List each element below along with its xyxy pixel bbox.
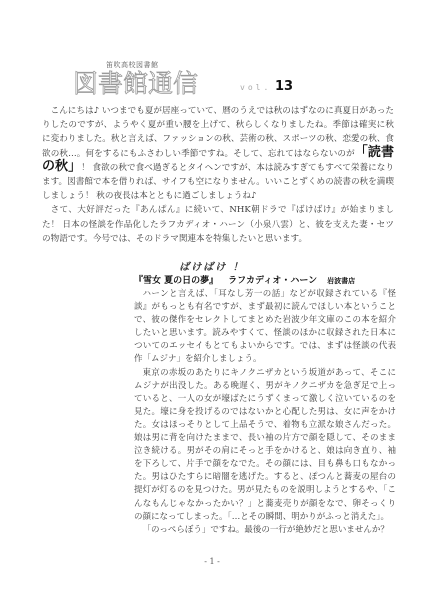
review-paragraph: 東京の赤坂のあたりにキノクニザカという坂道があって、そこにムジナが出没した。ある…	[134, 367, 396, 524]
intro-paragraph-2: さて、大好評だった『あんぱん』に続いて、NHK朝ドラで『ばけばけ』が始まりました…	[42, 203, 394, 246]
review-paragraph: 「のっぺらぼう」ですね。最後の一行が絶妙だと思いませんか？	[134, 524, 396, 537]
book-heading: 『雪女 夏の日の夢』ラフカディオ・ハーン岩波書店	[134, 273, 355, 286]
intro-section: こんにちは♪ いつまでも夏が居座っていて、暦のうえでは秋のはずなのに真夏日があっ…	[42, 104, 394, 246]
review-paragraph: ハーンと言えば、「耳なし芳一の話」などが収録されている『怪談』がもっとも有名です…	[134, 288, 396, 367]
book-review: ハーンと言えば、「耳なし芳一の話」などが収録されている『怪談』がもっとも有名です…	[134, 288, 396, 537]
section-heading: ばけばけ ！	[0, 258, 424, 273]
newsletter-title: 図書館通信	[73, 70, 198, 98]
book-publisher: 岩波書店	[327, 277, 355, 285]
volume-label: vol.	[240, 83, 271, 92]
intro-text-before: こんにちは♪ いつまでも夏が居座っていて、暦のうえでは秋のはずなのに真夏日があっ…	[42, 106, 394, 159]
page-number: - 1 -	[0, 557, 424, 566]
book-author: ラフカディオ・ハーン	[228, 276, 317, 286]
volume-number: 13	[275, 79, 293, 94]
intro-paragraph-1: こんにちは♪ いつまでも夏が居座っていて、暦のうえでは秋のはずなのに真夏日があっ…	[42, 104, 394, 203]
intro-text-after: ！ 食欲の秋で食べ過ぎるとタイヘンですが、本は読みすぎてもすべて栄養になります。…	[42, 163, 394, 201]
newsletter-page: 笛吹高校図書館 図書館通信 vol. 13 こんにちは♪ いつまでも夏が居座って…	[0, 0, 424, 600]
book-title: 『雪女 夏の日の夢』	[134, 276, 218, 286]
